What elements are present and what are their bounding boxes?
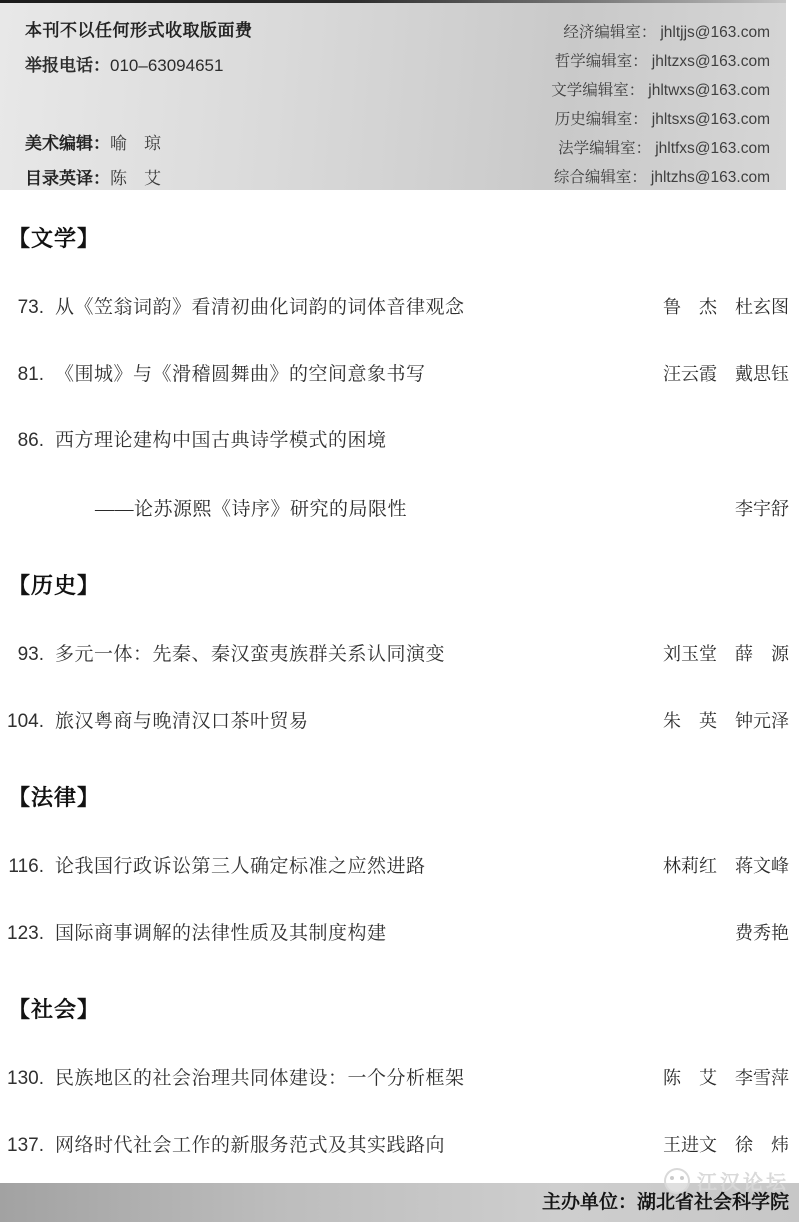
article-title: 西方理论建构中国古典诗学模式的困境 [55,428,387,454]
toc-item: 81. 《围城》与《滑稽圆舞曲》的空间意象书写 汪云霞 戴思钰 [0,361,799,388]
toc-section: 【历史】 93. 多元一体：先秦、秦汉蛮夷族群关系认同演变 刘玉堂 薛 源 10… [0,571,799,735]
email-address: jhltzxs@163.com [652,53,770,70]
article-subtitle: ——论苏源熙《诗序》研究的局限性 [95,497,407,523]
article-authors: 王进文 徐 炜 [643,1132,789,1158]
article-title: 民族地区的社会治理共同体建设：一个分析框架 [55,1066,465,1092]
toc: 【文学】 73. 从《笠翁词韵》看清初曲化词韵的词体音律观念 鲁 杰 杜玄图 8… [0,190,799,1159]
email-row: 历史编辑室：jhltsxs@163.com [551,105,770,134]
email-room-label: 经济编辑室： [563,24,656,41]
journal-logo-icon [664,1168,690,1194]
header-panel: 本刊不以任何形式收取版面费 举报电话：010–63094651 美术编辑：喻 琼… [0,3,786,190]
page-number: 86. [0,428,44,454]
article-title: 论我国行政诉讼第三人确定标准之应然进路 [55,854,426,880]
editor-block: 美术编辑：喻 琼 目录英译：陈 艾 [25,129,253,189]
email-row: 文学编辑室：jhltwxs@163.com [551,76,770,105]
toc-item: 104. 旅汉粤商与晚清汉口茶叶贸易 朱 英 钟元泽 [0,708,799,735]
article-authors: 鲁 杰 杜玄图 [643,294,789,320]
publisher-name: 湖北省社会科学院 [637,1192,789,1213]
article-authors: 费秀艳 [715,920,789,946]
email-address: jhltsxs@163.com [652,111,770,128]
page-number: 137. [0,1133,44,1159]
article-authors: 汪云霞 戴思钰 [643,361,789,387]
email-room-label: 法学编辑室： [558,140,651,157]
article-authors: 朱 英 钟元泽 [643,708,789,734]
article-authors: 李宇舒 [715,496,789,522]
toc-translator-name: 陈 艾 [110,169,161,188]
email-address: jhltwxs@163.com [648,82,770,99]
article-title: 《围城》与《滑稽圆舞曲》的空间意象书写 [55,362,426,388]
email-address: jhltzhs@163.com [651,169,770,186]
section-heading: 【历史】 [8,571,799,601]
article-authors: 陈 艾 李雪萍 [643,1065,789,1091]
page-number: 73. [0,295,44,321]
toc-item: 93. 多元一体：先秦、秦汉蛮夷族群关系认同演变 刘玉堂 薛 源 [0,641,799,668]
toc-item: 123. 国际商事调解的法律性质及其制度构建 费秀艳 [0,920,799,947]
email-row: 哲学编辑室：jhltzxs@163.com [551,47,770,76]
article-title: 网络时代社会工作的新服务范式及其实践路向 [55,1133,445,1159]
page-number: 104. [0,709,44,735]
art-editor-label: 美术编辑： [25,134,110,153]
page-number: 116. [0,854,44,880]
email-room-label: 哲学编辑室： [555,53,648,70]
toc-section: 【法律】 116. 论我国行政诉讼第三人确定标准之应然进路 林莉红 蒋文峰 12… [0,783,799,947]
publisher-label: 主办单位： [542,1192,637,1213]
page-number: 123. [0,921,44,947]
toc-item: 137. 网络时代社会工作的新服务范式及其实践路向 王进文 徐 炜 [0,1132,799,1159]
section-heading: 【社会】 [8,995,799,1025]
toc-translator-row: 目录英译：陈 艾 [25,164,253,189]
toc-item-subtitle: ——论苏源熙《诗序》研究的局限性 李宇舒 [0,496,799,523]
watermark: 江汉论坛 [664,1166,789,1195]
article-authors: 刘玉堂 薛 源 [643,641,789,667]
section-heading: 【文学】 [8,224,799,254]
toc-item: 73. 从《笠翁词韵》看清初曲化词韵的词体音律观念 鲁 杰 杜玄图 [0,294,799,321]
article-title: 旅汉粤商与晚清汉口茶叶贸易 [55,709,309,735]
email-list: 经济编辑室：jhltjjs@163.com 哲学编辑室：jhltzxs@163.… [551,18,770,192]
email-address: jhltjjs@163.com [660,24,770,41]
article-title: 国际商事调解的法律性质及其制度构建 [55,921,387,947]
report-phone-number: 010–63094651 [110,56,223,75]
email-row: 综合编辑室：jhltzhs@163.com [551,163,770,192]
article-title: 从《笠翁词韵》看清初曲化词韵的词体音律观念 [55,295,465,321]
report-phone-row: 举报电话：010–63094651 [25,51,253,76]
journal-toc-page: { "header": { "no_fee_notice": "本刊不以任何形式… [0,0,799,1222]
email-room-label: 综合编辑室： [554,169,647,186]
email-row: 法学编辑室：jhltfxs@163.com [551,134,770,163]
no-fee-notice: 本刊不以任何形式收取版面费 [25,16,253,41]
toc-item: 116. 论我国行政诉讼第三人确定标准之应然进路 林莉红 蒋文峰 [0,853,799,880]
page-number: 130. [0,1066,44,1092]
art-editor-row: 美术编辑：喻 琼 [25,129,253,154]
email-row: 经济编辑室：jhltjjs@163.com [551,18,770,47]
article-title: 多元一体：先秦、秦汉蛮夷族群关系认同演变 [55,642,445,668]
email-room-label: 文学编辑室： [551,82,644,99]
article-authors: 林莉红 蒋文峰 [643,853,789,879]
toc-item: 130. 民族地区的社会治理共同体建设：一个分析框架 陈 艾 李雪萍 [0,1065,799,1092]
toc-translator-label: 目录英译： [25,169,110,188]
email-address: jhltfxs@163.com [655,140,770,157]
art-editor-name: 喻 琼 [110,134,161,153]
page-number: 93. [0,642,44,668]
header-left-block: 本刊不以任何形式收取版面费 举报电话：010–63094651 美术编辑：喻 琼… [25,16,253,189]
report-phone-label: 举报电话： [25,56,110,75]
toc-item: 86. 西方理论建构中国古典诗学模式的困境 [0,428,799,454]
section-heading: 【法律】 [8,783,799,813]
page-number: 81. [0,362,44,388]
toc-section: 【社会】 130. 民族地区的社会治理共同体建设：一个分析框架 陈 艾 李雪萍 … [0,995,799,1159]
toc-section: 【文学】 73. 从《笠翁词韵》看清初曲化词韵的词体音律观念 鲁 杰 杜玄图 8… [0,224,799,523]
watermark-text: 江汉论坛 [697,1166,789,1195]
email-room-label: 历史编辑室： [555,111,648,128]
